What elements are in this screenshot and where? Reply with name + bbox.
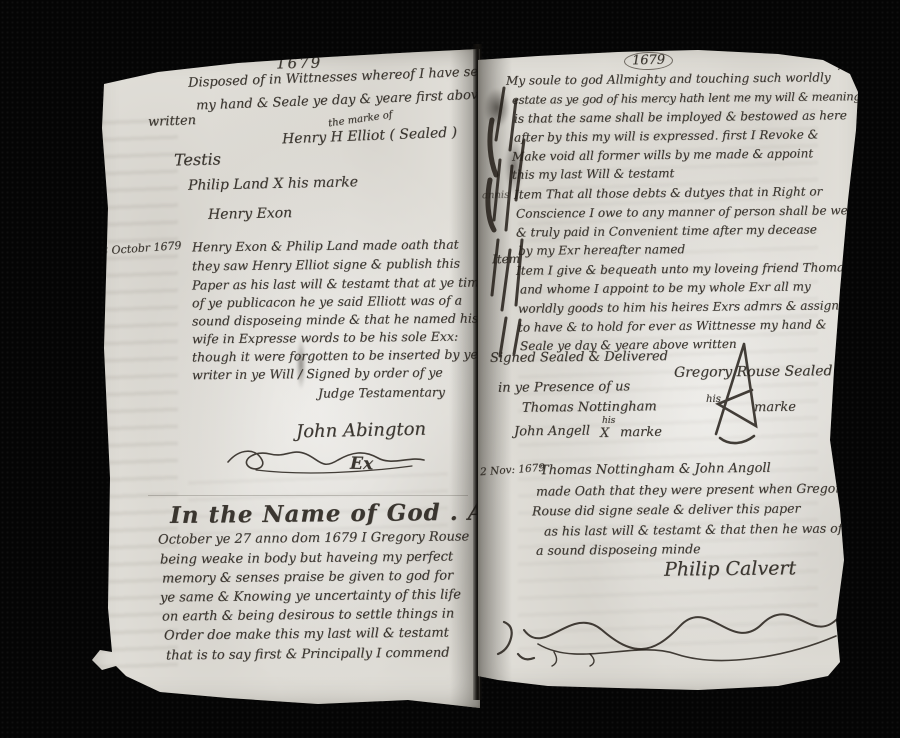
attestation-line: Signed Sealed & Delivered bbox=[490, 349, 668, 366]
manuscript-line: they saw Henry Elliot signe & publish th… bbox=[192, 256, 460, 274]
manuscript-line: wife in Expresse words to be his sole Ex… bbox=[192, 329, 458, 347]
witness-name: John Angell bbox=[514, 424, 590, 440]
manuscript-line: sound disposeing minde & that he named h… bbox=[192, 311, 478, 329]
ink-smudge bbox=[296, 338, 306, 390]
attestation-line: in ye Presence of us bbox=[498, 379, 630, 395]
right-page: 77 1679 My soule to god Allmighty and to… bbox=[478, 40, 870, 696]
governor-signature: Philip Calvert bbox=[664, 557, 796, 580]
manuscript-line: Order doe make this my last will & testa… bbox=[164, 626, 449, 644]
ink-blot bbox=[484, 88, 510, 128]
manuscript-line: Paper as his last will & testamt that at… bbox=[192, 274, 487, 292]
witness-mark-glyph bbox=[710, 342, 770, 452]
manuscript-line: Judge Testamentary bbox=[318, 384, 445, 400]
left-page: 76 1679 Disposed of in Wittnesses whereo… bbox=[88, 48, 480, 708]
folio-number-left: 76 bbox=[110, 58, 130, 74]
witness-mark: X bbox=[600, 426, 609, 441]
manuscript-line: Thomas Nottingham & John Angoll bbox=[540, 461, 771, 478]
manuscript-line: though it were forgotten to be inserted … bbox=[192, 347, 478, 365]
manuscript-line: of ye publicacon he ye said Elliott was … bbox=[192, 293, 462, 311]
ruled-line bbox=[148, 495, 468, 496]
manuscript-line: that is to say first & Principally I com… bbox=[166, 646, 450, 664]
manuscript-line: as his last will & testamt & that then h… bbox=[544, 520, 842, 538]
margin-note: annis bbox=[482, 190, 509, 202]
manuscript-line: being weake in body but haveing my perfe… bbox=[160, 549, 453, 567]
manuscript-line: Rouse did signe seale & deliver this pap… bbox=[532, 501, 801, 519]
year-heading-left: 1679 bbox=[276, 54, 323, 73]
witness-line: Henry Exon bbox=[208, 205, 292, 223]
folio-number-right: 77 bbox=[836, 58, 856, 74]
manuscript-line: by my Exr hereafter named bbox=[518, 242, 685, 258]
registrar-signature: John Abington bbox=[296, 419, 426, 443]
flourish-label: Ex bbox=[350, 454, 374, 475]
testis-label: Testis bbox=[174, 150, 221, 170]
manuscript-line: ye same & Knowing ye uncertainty of this… bbox=[160, 587, 461, 605]
witness-name: Thomas Nottingham bbox=[522, 399, 657, 415]
ink-flourish bbox=[494, 596, 844, 676]
marke-label: marke bbox=[620, 425, 662, 440]
manuscript-line: on earth & being desirous to settle thin… bbox=[162, 606, 454, 624]
manuscript-line: written bbox=[148, 113, 197, 130]
manuscript-line: Henry Exon & Philip Land made oath that bbox=[192, 237, 459, 255]
signature-flourish bbox=[226, 446, 426, 476]
manuscript-line: memory & senses praise be given to god f… bbox=[162, 568, 453, 586]
manuscript-photo: 76 1679 Disposed of in Wittnesses whereo… bbox=[0, 0, 900, 738]
manuscript-line: writer in ye Will / Signed by order of y… bbox=[192, 365, 443, 383]
his-label: his bbox=[602, 416, 615, 426]
manuscript-line: this my last Will & testamt bbox=[512, 166, 674, 182]
margin-note: Item bbox=[492, 252, 520, 267]
manuscript-line: a sound disposeing minde bbox=[536, 541, 701, 558]
